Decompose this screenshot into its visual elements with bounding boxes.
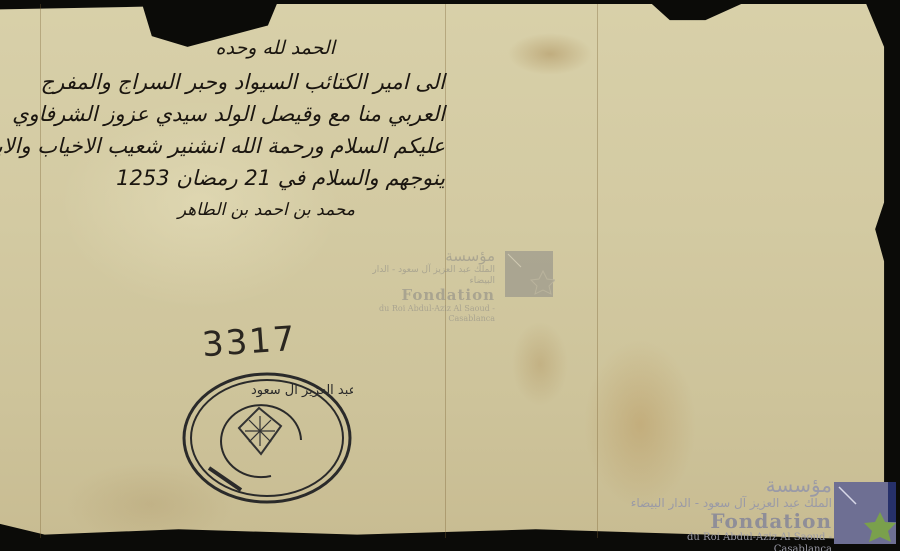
foundation-logo-icon — [834, 482, 896, 546]
letter-line: العربي منا مع وقيصل الولد سيدي عزوز الشر… — [0, 98, 445, 130]
watermark-arabic-title: مؤسسة — [345, 247, 495, 265]
fold-line — [597, 4, 598, 538]
watermark-corner: مؤسسة الملك عبد العزيز آل سعود - الدار ا… — [630, 474, 900, 551]
watermark-french-title: Fondation — [630, 510, 832, 532]
letter-heading: الحمد لله وحده — [0, 32, 335, 64]
reference-number: 3317 — [201, 319, 298, 365]
watermark-arabic-subtitle: الملك عبد العزيز آل سعود - الدار البيضاء — [345, 265, 495, 287]
watermark-arabic-title: مؤسسة — [630, 474, 832, 496]
watermark-french-subtitle: du Roi Abdul-Aziz Al Saoud - Casablanca — [345, 304, 495, 324]
letter-line: عليكم السلام ورحمة الله انشنير شعيب الاخ… — [0, 130, 445, 162]
foundation-logo-icon — [505, 251, 555, 299]
letter-date-line: ينوجهم والسلام في 21 رمضان 1253 — [0, 162, 445, 194]
seal-stamp-icon: عبد العزيز ال سعود — [181, 368, 353, 504]
letter-line: الى امير الكتائب السيواد وحبر السراج وال… — [0, 66, 445, 98]
watermark-center: مؤسسة الملك عبد العزيز آل سعود - الدار ا… — [345, 247, 555, 307]
watermark-french-title: Fondation — [345, 287, 495, 304]
svg-text:عبد العزيز ال سعود: عبد العزيز ال سعود — [251, 383, 353, 398]
letter-body: الحمد لله وحده الى امير الكتائب السيواد … — [0, 32, 445, 226]
watermark-arabic-subtitle: الملك عبد العزيز آل سعود - الدار البيضاء — [630, 496, 832, 510]
watermark-french-subtitle: du Roi Abdul-Aziz Al Saoud - Casablanca — [630, 532, 832, 551]
letter-signature: محمد بن احمد بن الطاهر — [0, 194, 355, 226]
